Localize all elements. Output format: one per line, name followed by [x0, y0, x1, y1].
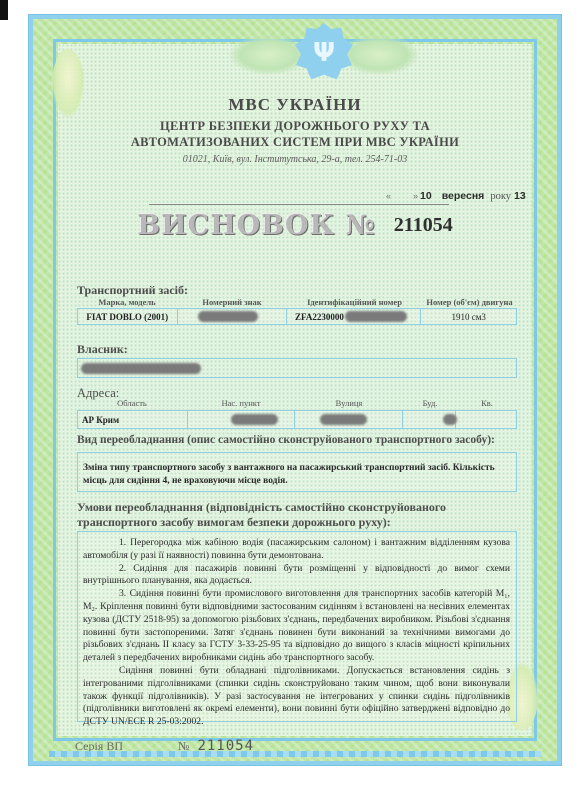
- col-street: Вулиця: [295, 398, 403, 408]
- conditions-box: 1. Перегородка між кабіною водія (пасажи…: [77, 531, 517, 722]
- vin-visible-part: ZFA2230000: [295, 312, 344, 322]
- issuer-title: МВС УКРАЇНИ: [29, 95, 561, 115]
- col-apartment: Кв.: [457, 398, 517, 408]
- swirl-ornament-icon: [339, 35, 419, 75]
- address-table: АР Крим: [77, 410, 517, 429]
- issue-date: « » 10 вересня року 13: [384, 190, 536, 202]
- vehicle-column-headers: Марка, модель Номерний знак Ідентифікаці…: [77, 297, 517, 307]
- condition-paragraph-1: 1. Перегородка між кабіною водія (пасажи…: [83, 537, 510, 563]
- col-settlement: Нас. пункт: [187, 398, 295, 408]
- redacted-building: [443, 414, 457, 425]
- vehicle-engine: 1910 см3: [421, 309, 516, 324]
- modification-label: Вид переобладнання (опис самостійно скон…: [77, 434, 495, 446]
- document-header: МВС УКРАЇНИ ЦЕНТР БЕЗПЕКИ ДОРОЖНЬОГО РУХ…: [29, 95, 561, 165]
- redacted-street: [320, 414, 367, 425]
- owner-label: Власник:: [77, 342, 128, 357]
- conditions-label: Умови переобладнання (відповідність само…: [77, 500, 527, 530]
- organization-line-1: ЦЕНТР БЕЗПЕКИ ДОРОЖНЬОГО РУХУ ТА: [29, 118, 561, 134]
- date-year-label: року: [490, 191, 511, 202]
- col-plate: Номерний знак: [177, 297, 287, 307]
- owner-field: [77, 358, 517, 378]
- redacted-plate: [198, 311, 258, 322]
- col-make-model: Марка, модель: [77, 297, 177, 307]
- modification-text: Зміна типу транспортного засобу з вантаж…: [78, 453, 516, 488]
- condition-paragraph-3: 3. Сидіння повинні бути промислового виг…: [83, 588, 510, 665]
- redacted-owner: [81, 363, 201, 374]
- address-region: АР Крим: [78, 411, 188, 428]
- organization-line-2: АВТОМАТИЗОВАНИХ СИСТЕМ ПРИ МВС УКРАЇНИ: [29, 134, 561, 150]
- col-region: Область: [77, 398, 187, 408]
- address-street: [295, 411, 403, 428]
- vehicle-plate: [178, 309, 287, 324]
- conclusion-title: ВИСНОВОК № 211054: [29, 210, 561, 241]
- redacted-settlement: [231, 414, 278, 425]
- trident-icon: Ψ: [313, 38, 335, 68]
- col-building: Буд.: [403, 398, 457, 408]
- certificate-sheet: Ψ МВС УКРАЇНИ ЦЕНТР БЕЗПЕКИ ДОРОЖНЬОГО Р…: [28, 14, 562, 766]
- coat-of-arms: Ψ: [295, 23, 353, 83]
- vehicle-vin: ZFA2230000: [287, 309, 421, 324]
- address-apartment: [456, 411, 516, 428]
- condition-paragraph-4: Сидіння повинні бути обладнані підголівн…: [83, 665, 510, 729]
- col-vin: Ідентифікаційний номер: [287, 297, 422, 307]
- conclusion-number: 211054: [394, 214, 453, 237]
- address-building: [403, 411, 457, 428]
- col-engine: Номер (об'єм) двигуна: [422, 297, 517, 307]
- bottom-border-band: [49, 751, 541, 757]
- date-day: 10: [420, 190, 432, 202]
- condition-paragraph-2: 2. Сидіння для пасажирів повинні бути ро…: [83, 563, 510, 589]
- swirl-ornament-icon: [229, 35, 309, 75]
- date-month: вересня: [442, 190, 485, 202]
- date-underline: [149, 204, 449, 205]
- emblem-header: Ψ: [229, 23, 419, 93]
- date-year: 13: [514, 190, 526, 202]
- address-column-headers: Область Нас. пункт Вулиця Буд. Кв.: [77, 398, 517, 408]
- conclusion-word: ВИСНОВОК №: [137, 210, 376, 241]
- address-settlement: [188, 411, 296, 428]
- vehicle-label: Транспортний засіб:: [77, 283, 188, 298]
- date-open-quote: «: [386, 191, 391, 201]
- conditions-text: 1. Перегородка між кабіною водія (пасажи…: [78, 532, 516, 729]
- date-close-quote: »: [413, 191, 418, 201]
- vehicle-table: FIAT DOBLO (2001) ZFA2230000 1910 см3: [77, 308, 517, 325]
- vehicle-make-model: FIAT DOBLO (2001): [78, 309, 178, 324]
- modification-box: Зміна типу транспортного засобу з вантаж…: [77, 452, 517, 492]
- issuer-address: 01021, Київ, вул. Інститутська, 29-а, те…: [29, 154, 561, 165]
- scan-edge: [0, 0, 8, 20]
- redacted-vin: [345, 311, 407, 322]
